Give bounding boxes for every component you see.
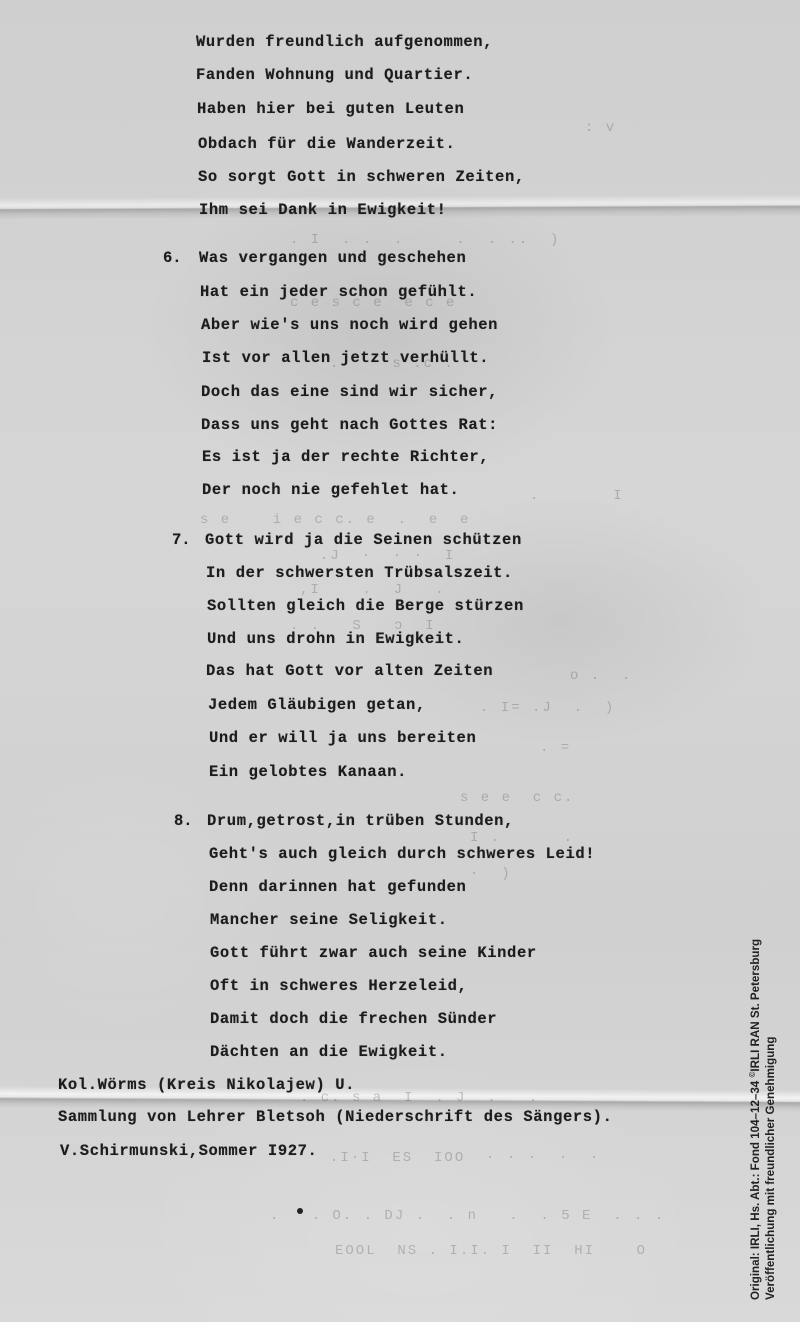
verse-line: Ihm sei Dank in Ewigkeit!	[199, 200, 447, 220]
verse-line: Hat ein jeder schon gefühlt.	[200, 282, 477, 302]
verse-line: Jedem Gläubigen getan,	[208, 695, 426, 715]
verse-line: Das hat Gott vor alten Zeiten	[206, 661, 493, 681]
source-collector: Sammlung von Lehrer Bletsoh (Niederschri…	[58, 1107, 612, 1127]
verse-line: Oft in schweres Herzeleid,	[210, 976, 467, 996]
verse-line: Mancher seine Seligkeit.	[210, 910, 448, 930]
verse-line: Und er will ja uns bereiten	[209, 728, 476, 748]
archive-holder: IRLI RAN St. Petersburg	[749, 939, 762, 1072]
source-editor-date: V.Schirmunski,Sommer I927.	[60, 1141, 317, 1161]
verse-line: Drum,getrost,in trüben Stunden,	[207, 811, 514, 831]
verse-line: Was vergangen und geschehen	[199, 248, 466, 268]
verse-line: So sorgt Gott in schweren Zeiten,	[198, 167, 525, 187]
verse-line: Ist vor allen jetzt verhüllt.	[202, 348, 489, 368]
verse-line: Denn darinnen hat gefunden	[209, 877, 466, 897]
verse-line: Haben hier bei guten Leuten	[197, 99, 464, 119]
verse-line: Wurden freundlich aufgenommen,	[196, 32, 493, 52]
verse-line: Es ist ja der rechte Richter,	[202, 447, 489, 467]
archive-reference: Original: IRLI, Hs. Abt.: Fond 104–12–34	[749, 1078, 762, 1300]
verse-line: Gott führt zwar auch seine Kinder	[210, 943, 537, 963]
verse-line: Dass uns geht nach Gottes Rat:	[201, 415, 498, 435]
verse-line: Geht's auch gleich durch schweres Leid!	[209, 844, 595, 864]
verse-line: In der schwersten Trübsalszeit.	[206, 563, 513, 583]
stanza-number: 6.	[163, 248, 182, 268]
verse-line: Der noch nie gefehlet hat.	[202, 480, 459, 500]
verse-line: Dächten an die Ewigkeit.	[210, 1042, 448, 1062]
verse-line: Fanden Wohnung und Quartier.	[196, 65, 473, 85]
verse-line: Aber wie's uns noch wird gehen	[201, 315, 498, 335]
verse-line: Damit doch die frechen Sünder	[210, 1009, 497, 1029]
archive-caption-line-1: Original: IRLI, Hs. Abt.: Fond 104–12–34…	[745, 940, 763, 1300]
verse-line: Obdach für die Wanderzeit.	[198, 134, 455, 154]
archive-caption: Original: IRLI, Hs. Abt.: Fond 104–12–34…	[745, 940, 778, 1300]
verse-line: Ein gelobtes Kanaan.	[209, 762, 407, 782]
stanza-number: 8.	[174, 811, 193, 831]
verse-line: Doch das eine sind wir sicher,	[201, 382, 498, 402]
stanza-number: 7.	[172, 530, 191, 550]
verse-line: Gott wird ja die Seinen schützen	[205, 530, 522, 550]
verse-line: Sollten gleich die Berge stürzen	[207, 596, 524, 616]
verse-line: Und uns drohn in Ewigkeit.	[207, 629, 464, 649]
source-location: Kol.Wörms (Kreis Nikolajew) U.	[58, 1075, 355, 1095]
typescript-page: Wurden freundlich aufgenommen, Fanden Wo…	[0, 0, 800, 1322]
archive-caption-line-2: Veröffentlichung mit freundlicher Genehm…	[763, 940, 778, 1300]
copyright-icon: ©	[748, 1072, 757, 1078]
